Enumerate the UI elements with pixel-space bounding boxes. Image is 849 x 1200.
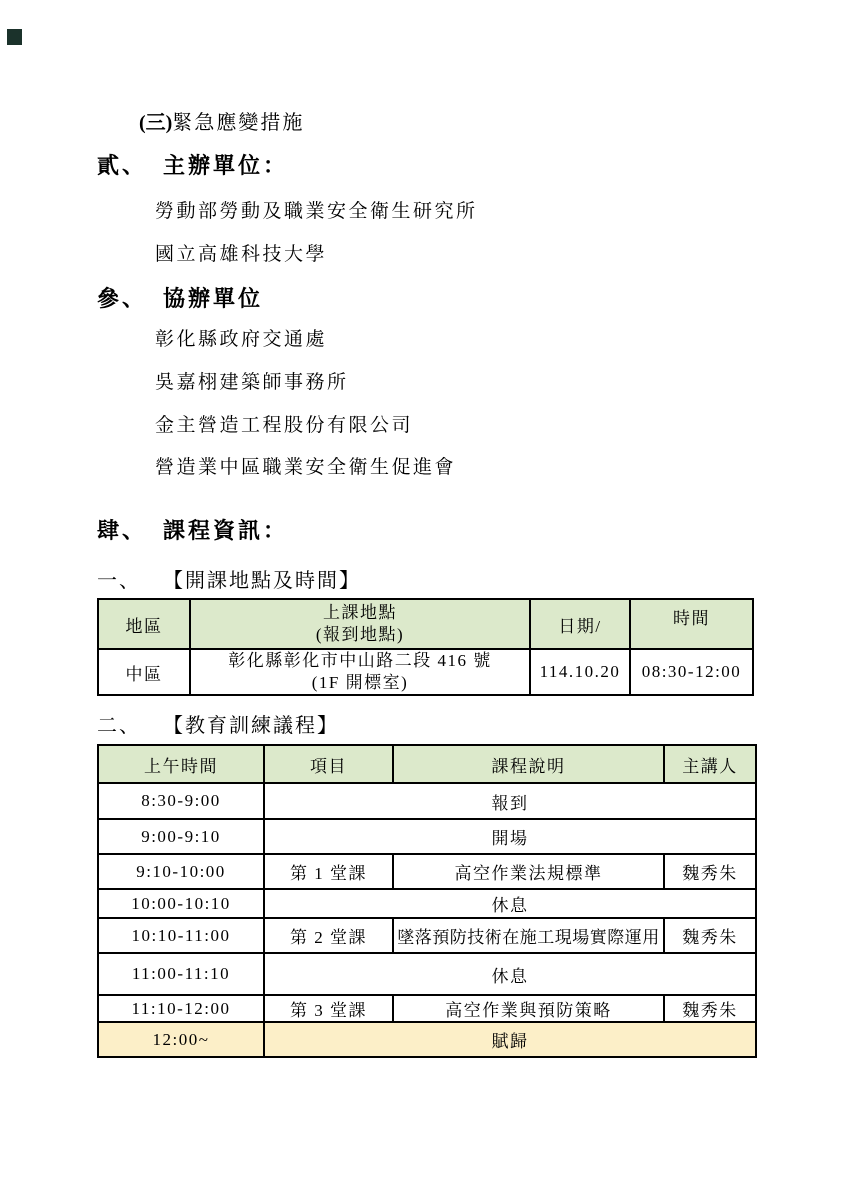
- cell-activity: 報到: [264, 783, 756, 819]
- agenda-row: 11:10-12:00 第 3 堂課 高空作業與預防策略 魏秀朱: [98, 995, 756, 1022]
- cell-time: 10:00-10:10: [98, 889, 264, 918]
- section-title: 主辦單位：: [163, 153, 288, 178]
- cell-item: 第 2 堂課: [264, 918, 393, 953]
- list-item-emergency-measures: (三)緊急應變措施: [139, 106, 304, 135]
- cell-activity: 開場: [264, 819, 756, 854]
- header-venue: 上課地點 (報到地點): [190, 599, 530, 649]
- header-time: 時間: [630, 599, 753, 649]
- subsection-heading-location: 一、【開課地點及時間】: [97, 564, 361, 593]
- cell-item: 第 3 堂課: [264, 995, 393, 1022]
- cell-time: 9:00-9:10: [98, 819, 264, 854]
- header-description: 課程說明: [393, 745, 664, 783]
- cell-description: 墜落預防技術在施工現場實際運用: [393, 918, 664, 953]
- cell-time: 11:10-12:00: [98, 995, 264, 1022]
- organizer-item: 國立高雄科技大學: [155, 239, 327, 266]
- cell-time: 08:30-12:00: [630, 649, 753, 695]
- cell-address-line1: 彰化縣彰化市中山路二段 416 號: [193, 650, 527, 672]
- section-title: 協辦單位: [163, 286, 263, 311]
- header-venue-line1: 上課地點: [193, 602, 527, 624]
- list-item-prefix: (三): [139, 112, 172, 134]
- header-item: 項目: [264, 745, 393, 783]
- cell-time: 8:30-9:00: [98, 783, 264, 819]
- list-item-label: 緊急應變措施: [172, 112, 304, 134]
- cell-time: 11:00-11:10: [98, 953, 264, 995]
- cell-activity: 休息: [264, 889, 756, 918]
- cell-address: 彰化縣彰化市中山路二段 416 號 (1F 開標室): [190, 649, 530, 695]
- cell-time: 9:10-10:00: [98, 854, 264, 889]
- location-table: 地區 上課地點 (報到地點) 日期/ 時間 中區 彰化縣彰化市中山路二段 416…: [97, 598, 754, 696]
- section-heading-organizer: 貳、主辦單位：: [97, 149, 288, 180]
- cell-speaker: 魏秀朱: [664, 854, 756, 889]
- subsection-number: 一、: [97, 564, 141, 593]
- header-morning-time: 上午時間: [98, 745, 264, 783]
- subsection-title: 【教育訓練議程】: [163, 715, 339, 737]
- cell-speaker: 魏秀朱: [664, 995, 756, 1022]
- subsection-title: 【開課地點及時間】: [163, 570, 361, 592]
- cell-region: 中區: [98, 649, 190, 695]
- section-number: 參、: [97, 282, 147, 313]
- coorganizer-item: 營造業中區職業安全衛生促進會: [155, 452, 456, 479]
- agenda-row: 8:30-9:00 報到: [98, 783, 756, 819]
- section-heading-coorganizer: 參、協辦單位: [97, 282, 263, 313]
- cell-address-line2: (1F 開標室): [193, 672, 527, 694]
- cell-activity: 休息: [264, 953, 756, 995]
- cell-time: 12:00~: [98, 1022, 264, 1057]
- cell-description: 高空作業與預防策略: [393, 995, 664, 1022]
- header-venue-line2: (報到地點): [193, 624, 527, 646]
- agenda-row: 10:00-10:10 休息: [98, 889, 756, 918]
- cell-item: 第 1 堂課: [264, 854, 393, 889]
- agenda-row: 9:10-10:00 第 1 堂課 高空作業法規標準 魏秀朱: [98, 854, 756, 889]
- agenda-row: 11:00-11:10 休息: [98, 953, 756, 995]
- agenda-row: 9:00-9:10 開場: [98, 819, 756, 854]
- coorganizer-item: 吳嘉栩建築師事務所: [155, 367, 349, 394]
- section-number: 貳、: [97, 149, 147, 180]
- section-heading-course-info: 肆、課程資訊：: [97, 514, 288, 545]
- cell-activity: 賦歸: [264, 1022, 756, 1057]
- header-date: 日期/: [530, 599, 630, 649]
- header-speaker: 主講人: [664, 745, 756, 783]
- agenda-row: 10:10-11:00 第 2 堂課 墜落預防技術在施工現場實際運用 魏秀朱: [98, 918, 756, 953]
- agenda-header-row: 上午時間 項目 課程說明 主講人: [98, 745, 756, 783]
- location-table-header-row: 地區 上課地點 (報到地點) 日期/ 時間: [98, 599, 753, 649]
- coorganizer-item: 金主營造工程股份有限公司: [155, 410, 413, 437]
- document-page: (三)緊急應變措施 貳、主辦單位： 勞動部勞動及職業安全衛生研究所 國立高雄科技…: [0, 0, 849, 1200]
- agenda-table: 上午時間 項目 課程說明 主講人 8:30-9:00 報到 9:00-9:10 …: [97, 744, 757, 1058]
- subsection-number: 二、: [97, 709, 141, 738]
- location-table-row: 中區 彰化縣彰化市中山路二段 416 號 (1F 開標室) 114.10.20 …: [98, 649, 753, 695]
- cell-date: 114.10.20: [530, 649, 630, 695]
- header-region: 地區: [98, 599, 190, 649]
- section-title: 課程資訊：: [163, 518, 288, 543]
- section-number: 肆、: [97, 514, 147, 545]
- cell-time: 10:10-11:00: [98, 918, 264, 953]
- organizer-item: 勞動部勞動及職業安全衛生研究所: [155, 196, 478, 223]
- cell-description: 高空作業法規標準: [393, 854, 664, 889]
- cell-speaker: 魏秀朱: [664, 918, 756, 953]
- subsection-heading-agenda: 二、【教育訓練議程】: [97, 709, 339, 738]
- coorganizer-item: 彰化縣政府交通處: [155, 324, 327, 351]
- corner-artifact-mark: [7, 29, 22, 45]
- agenda-row-highlighted: 12:00~ 賦歸: [98, 1022, 756, 1057]
